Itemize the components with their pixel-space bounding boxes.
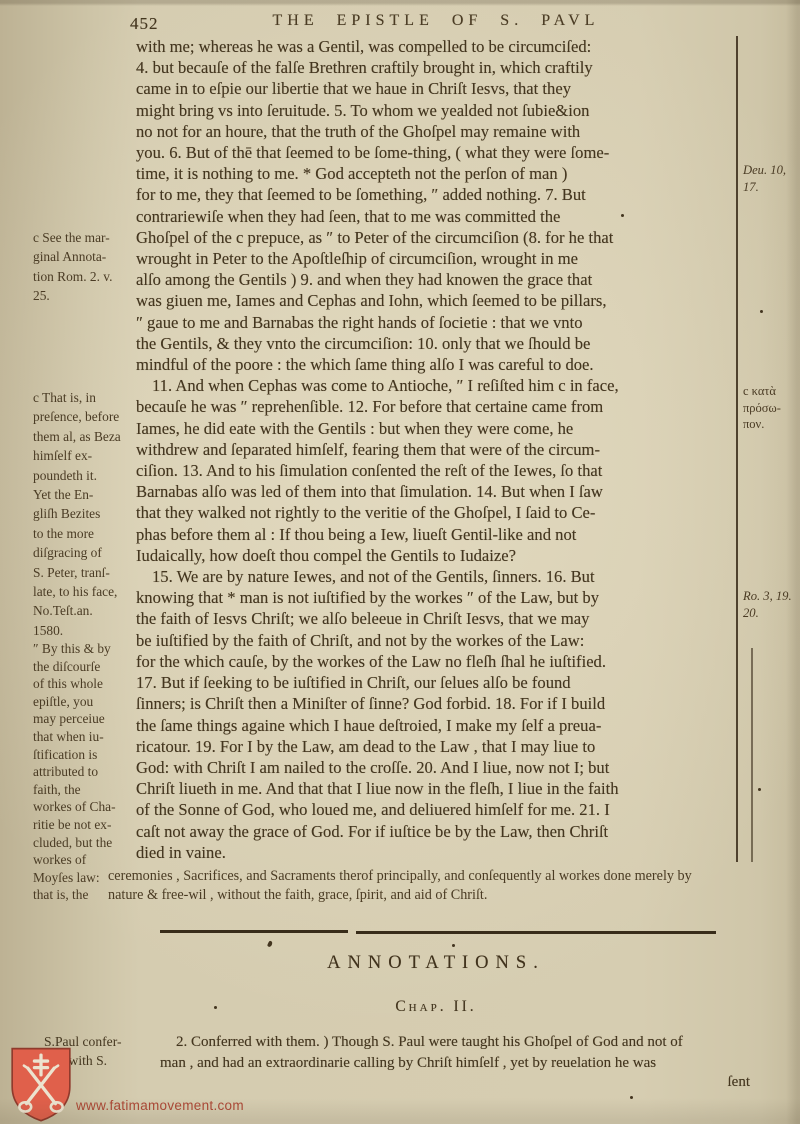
watermark-url[interactable]: www.fatimamovement.com: [76, 1098, 244, 1113]
footnote-continuation: ceremonies , Sacrifices, and Sacraments …: [108, 867, 756, 904]
text-line: ″ By this & by: [33, 640, 135, 658]
text-line: c That is, in: [33, 388, 135, 407]
ink-speck: [630, 1096, 633, 1099]
text-line: no not for an houre, that the truth of t…: [136, 121, 737, 142]
text-line: Barnabas alſo was led of them into that …: [136, 481, 737, 502]
text-line: for the which cauſe, by the workes of th…: [136, 651, 737, 672]
text-line: epiſtle, you: [33, 693, 135, 711]
ink-speck: [758, 788, 761, 791]
text-line: mindful of the poore : the which ſame th…: [136, 354, 737, 375]
running-title: THE EPISTLE OF S. PAVL: [136, 12, 736, 30]
text-line: that when iu-: [33, 728, 135, 746]
text-line: ciſion. 13. And to his ſimulation conſen…: [136, 460, 737, 481]
text-line: tion Rom. 2. v.: [33, 267, 135, 286]
text-line: nature & free-wil , without the faith, g…: [108, 886, 756, 905]
text-line: ſinners; is Chriſt then a Miniſter of ſi…: [136, 693, 737, 714]
paragraph-verses-4-10: with me; whereas he was a Gentil, was co…: [136, 36, 737, 375]
text-line: be iuſtified by the faith of Chriſt, and…: [136, 630, 737, 651]
margin-note-justification: ″ By this & bythe diſcourſeof this whole…: [33, 640, 135, 904]
chapter-heading: Chap. II.: [136, 998, 736, 1016]
text-line: for to me, they that ſeemed to be ſometh…: [136, 184, 737, 205]
text-line: ricatour. 19. For I by the Law, am dead …: [136, 736, 737, 757]
text-line: late, to his face,: [33, 582, 135, 601]
text-line: c See the mar-: [33, 228, 135, 247]
ink-speck: [621, 214, 624, 217]
text-line: you. 6. But of thē that ſeemed to be ſom…: [136, 142, 737, 163]
text-line: ″ gaue to me and Barnabas the right hand…: [136, 312, 737, 333]
text-line: was giuen me, Iames and Cephas and Iohn,…: [136, 290, 737, 311]
text-line: πον.: [743, 416, 798, 433]
text-line: 17. But if ſeeking to be iuſtified in Ch…: [136, 672, 737, 693]
ink-speck: [760, 310, 763, 313]
ink-speck: [452, 944, 455, 947]
text-line: attributed to: [33, 763, 135, 781]
ink-speck: [214, 1006, 217, 1009]
margin-ref-romans: Ro. 3, 19.20.: [743, 588, 798, 621]
paragraph-verses-11-14: 11. And when Cephas was come to Antioche…: [136, 375, 737, 566]
text-line: workes of: [33, 851, 135, 869]
margin-note-beza: c That is, inpreſence, beforethem al, as…: [33, 388, 135, 640]
text-line: 15. We are by nature Iewes, and not of t…: [136, 566, 737, 587]
text-line: with me; whereas he was a Gentil, was co…: [136, 36, 737, 57]
text-line: workes of Cha-: [33, 798, 135, 816]
text-line: ginal Annota-: [33, 247, 135, 266]
text-line: 25.: [33, 286, 135, 305]
text-line: ſtification is: [33, 746, 135, 764]
text-line: died in vaine.: [136, 842, 737, 863]
text-line: 20.: [743, 605, 798, 622]
text-line: contrariewiſe when they had ſeen, that t…: [136, 206, 737, 227]
scanned-book-page: 452 THE EPISTLE OF S. PAVL with me; wher…: [0, 0, 800, 1124]
text-line: faith, the: [33, 781, 135, 799]
text-line: that they walked not rightly to the veri…: [136, 502, 737, 523]
text-line: man , and had an extraordinarie calling …: [160, 1053, 750, 1074]
text-line: Iudaically, how doeſt thou compel the Ge…: [136, 545, 737, 566]
text-line: may perceiue: [33, 710, 135, 728]
text-line: No.Teſt.an.: [33, 601, 135, 620]
text-line: Moyſes law:: [33, 869, 135, 887]
text-line: 17.: [743, 179, 798, 196]
text-line: to the more: [33, 524, 135, 543]
text-line: Deu. 10,: [743, 162, 798, 179]
ink-speck: [267, 940, 273, 947]
text-line: cluded, but the: [33, 834, 135, 852]
paragraph-verses-15-21: 15. We are by nature Iewes, and not of t…: [136, 566, 737, 863]
text-line: Iames, he did eate with the Gentils : bu…: [136, 418, 737, 439]
text-line: Ghoſpel of the c prepuce, as ″ to Peter …: [136, 227, 737, 248]
text-line: ceremonies , Sacrifices, and Sacraments …: [108, 867, 756, 886]
text-line: the faith of Iesvs Chriſt; we alſo belee…: [136, 608, 737, 629]
margin-note-greek: c κατὰπρόσω-πον.: [743, 383, 798, 433]
text-line: time, it is nothing to me. * God accepte…: [136, 163, 737, 184]
margin-note-rom-annotation: c See the mar-ginal Annota-tion Rom. 2. …: [33, 228, 135, 306]
text-line: came in to eſpie our libertie that we ha…: [136, 78, 737, 99]
text-line: 11. And when Cephas was come to Antioche…: [136, 375, 737, 396]
divider-rule-left: [160, 930, 348, 933]
text-line: becauſe he was ″ reprehenſible. 12. For …: [136, 396, 737, 417]
text-line: πρόσω-: [743, 400, 798, 417]
text-line: them al, as Beza: [33, 427, 135, 446]
text-line: Chriſt liueth in me. And that that I liu…: [136, 778, 737, 799]
text-line: phas before them al : If thou being a Ie…: [136, 524, 737, 545]
text-line: diſgracing of: [33, 543, 135, 562]
text-line: wrought in Peter to the Apoſtleſhip of c…: [136, 248, 737, 269]
text-line: the diſcourſe: [33, 658, 135, 676]
crossed-keys-shield-icon: [8, 1046, 74, 1122]
text-line: Yet the En-: [33, 485, 135, 504]
text-line: might bring vs into ſeruitude. 5. To who…: [136, 100, 737, 121]
text-line: gliſh Bezites: [33, 504, 135, 523]
text-line: 4. but becauſe of the falſe Brethren cra…: [136, 57, 737, 78]
catchword: ſent: [600, 1074, 750, 1091]
text-line: 1580.: [33, 621, 135, 640]
text-line: knowing that * man is not iuſtified by t…: [136, 587, 737, 608]
text-line: caſt not away the grace of God. For if i…: [136, 821, 737, 842]
annotation-body: 2. Conferred with them. ) Though S. Paul…: [160, 1032, 750, 1073]
text-line: of this whole: [33, 675, 135, 693]
text-line: the Gentils, & they vnto the circumciſio…: [136, 333, 737, 354]
text-line: alſo among the Gentils ) 9. and when the…: [136, 269, 737, 290]
divider-rule-right: [356, 931, 716, 934]
text-line: c κατὰ: [743, 383, 798, 400]
text-line: poundeth it.: [33, 466, 135, 485]
text-line: withdrew and ſeparated himſelf, fearing …: [136, 439, 737, 460]
text-line: S. Peter, tranſ-: [33, 563, 135, 582]
margin-ref-deuteronomy: Deu. 10,17.: [743, 162, 798, 195]
text-line: 2. Conferred with them. ) Though S. Paul…: [160, 1032, 750, 1053]
scripture-text-column: with me; whereas he was a Gentil, was co…: [136, 36, 737, 863]
text-line: preſence, before: [33, 407, 135, 426]
text-line: ritie be not ex-: [33, 816, 135, 834]
text-line: Ro. 3, 19.: [743, 588, 798, 605]
column-rule-secondary: [751, 648, 753, 862]
text-line: God: with Chriſt I am nailed to the croſ…: [136, 757, 737, 778]
text-line: the ſame things againe which I haue deſt…: [136, 715, 737, 736]
text-line: himſelf ex-: [33, 446, 135, 465]
text-line: that is, the: [33, 886, 135, 904]
text-line: of the Sonne of God, who loued me, and d…: [136, 799, 737, 820]
annotations-title: ANNOTATIONS.: [136, 953, 736, 974]
